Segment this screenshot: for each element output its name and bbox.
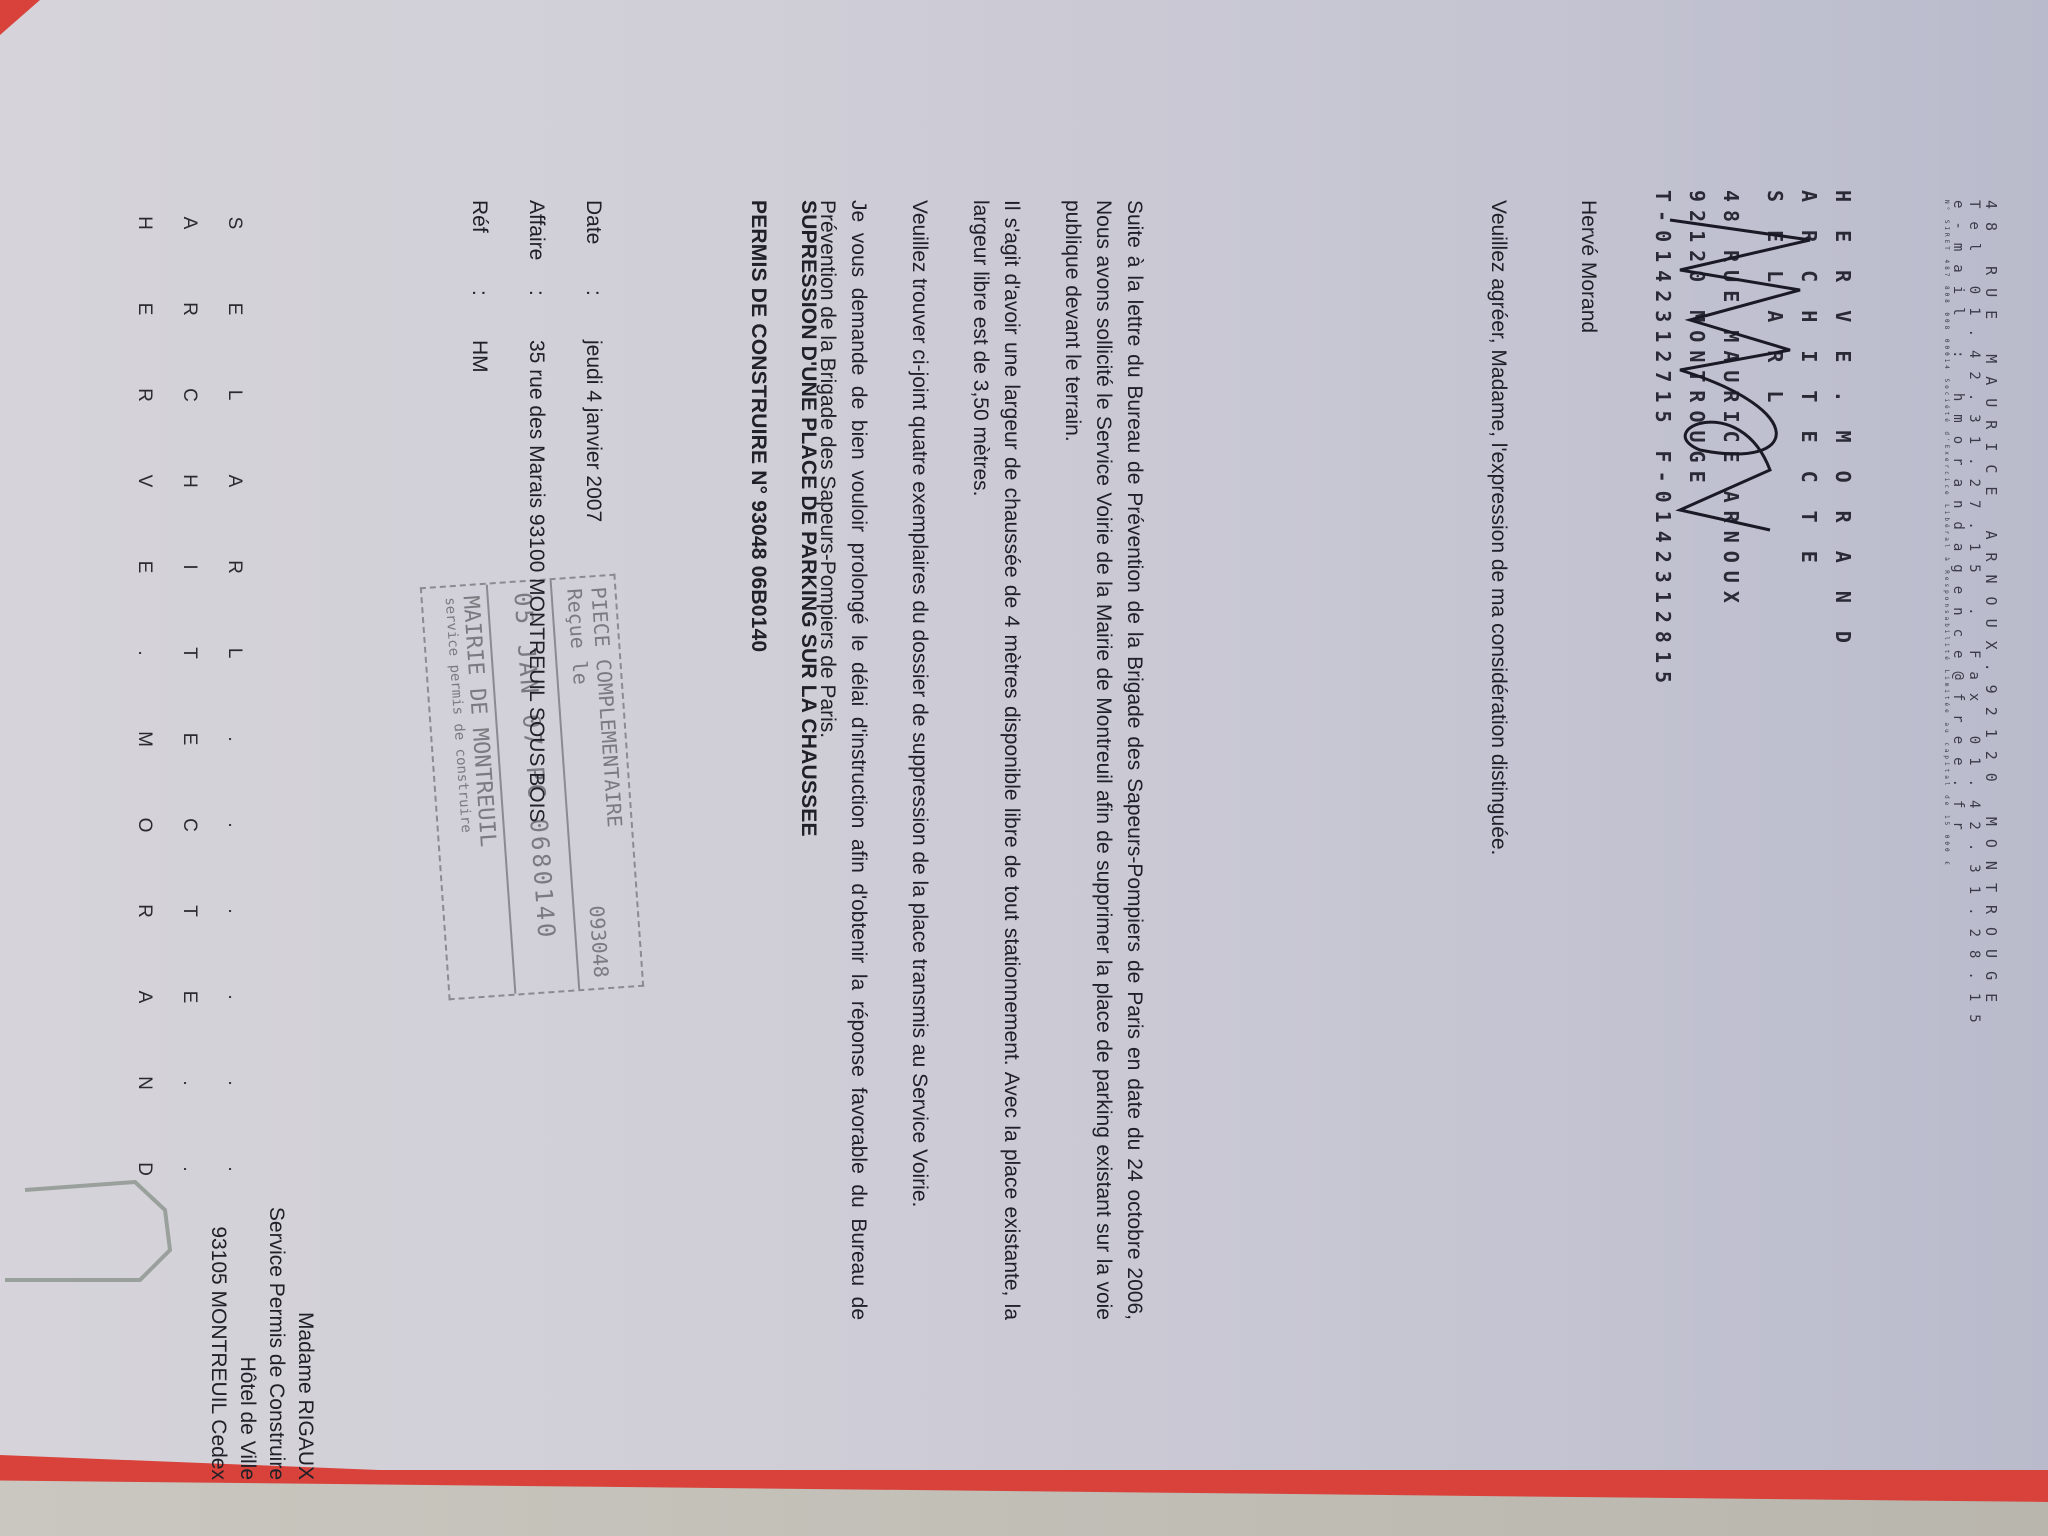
letterhead-letter: A (223, 438, 245, 524)
body-paragraph: Suite à la lettre du Bureau de Préventio… (1057, 200, 1150, 1320)
letterhead-letter: R (178, 266, 200, 352)
letterhead-letter: L (223, 352, 245, 438)
footer-legal: N° SIRET 487 808 008 00014 Société d'Exe… (1943, 200, 1950, 1500)
letterhead-letter: I (178, 524, 200, 610)
subject-line-1: PERMIS DE CONSTRUIRE N° 93048 06B0140 (746, 200, 770, 652)
recipient-name: Madame RIGAUX (291, 1120, 320, 1480)
letterhead-letter: . (223, 782, 245, 868)
body-paragraph: Je vous demande de bien vouloir prolongé… (812, 200, 874, 1320)
letterhead-letter: C (178, 352, 200, 438)
meta-row: Date:jeudi 4 janvier 2007 (581, 200, 605, 822)
meta-colon: : (467, 290, 491, 340)
letterhead-letter: . (223, 696, 245, 782)
meta-value: HM (468, 340, 491, 373)
letterhead-letter: R (133, 352, 155, 438)
letterhead-line-2: ARCHITECTE.. (178, 180, 200, 1212)
signer-name: Hervé Morand (1576, 200, 1600, 333)
letterhead-letter: R (133, 868, 155, 954)
letterhead-letter: . (223, 1040, 245, 1126)
letterhead-letter: N (133, 1040, 155, 1126)
footer-email: e-mail : hmorandagence@free.fr (1950, 200, 1966, 1500)
letterhead-letter: E (223, 266, 245, 352)
meta-value: jeudi 4 janvier 2007 (582, 340, 605, 522)
letterhead-letter: H (178, 438, 200, 524)
letterhead-letter: L (223, 610, 245, 696)
footer-phones: Tel 01.42.31.27.15 . Fax 01.42.31.28.15 (1966, 200, 1982, 1500)
recipient-building: Hôtel de Ville (233, 1120, 262, 1480)
letterhead-letter: E (178, 954, 200, 1040)
letterhead-line-3: SELARL...... (223, 180, 245, 1212)
letterhead-letter: . (133, 610, 155, 696)
letterhead-letter: . (178, 1040, 200, 1126)
letter-body: Suite à la lettre du Bureau de Préventio… (782, 200, 1150, 1320)
footer-address: 48 RUE MAURICE ARNOUX.92120 MONTROUGE (1982, 200, 2000, 1500)
paper-clip (0, 1180, 210, 1290)
letterhead-letter: E (133, 524, 155, 610)
letterhead-letter: O (133, 782, 155, 868)
letterhead-letter: H (133, 180, 155, 266)
letterhead-letter: M (133, 696, 155, 782)
stamp-code: 093048 (584, 905, 613, 979)
letterhead-letter: A (133, 954, 155, 1040)
closing-formula: Veuillez agréer, Madame, l'expression de… (1486, 200, 1510, 855)
letterhead-letter: E (133, 266, 155, 352)
recipient-city: 93105 MONTREUIL Cedex (204, 1120, 233, 1480)
letterhead-letter: . (223, 954, 245, 1040)
letterhead-line-1: HERVE.MORAND (133, 180, 155, 1212)
letter-footer: 48 RUE MAURICE ARNOUX.92120 MONTROUGE Te… (1943, 200, 2000, 1500)
letterhead-letter: R (223, 524, 245, 610)
company-stamp-line-1: H E R V E . M O R A N D (1826, 190, 1860, 691)
recipient-block: Madame RIGAUX Service Permis de Construi… (204, 1120, 320, 1480)
meta-value: 35 rue des Marais 93100 MONTREUIL SOUS B… (525, 340, 548, 822)
letterhead-letter: T (178, 868, 200, 954)
letterhead-letter: E (178, 696, 200, 782)
letterhead-letter: C (178, 782, 200, 868)
handwritten-signature (1630, 210, 1830, 630)
meta-label: Date (581, 200, 605, 290)
meta-colon: : (581, 290, 605, 340)
body-paragraph: Veuillez trouver ci-joint quatre exempla… (904, 200, 935, 1320)
letterhead-letter: A (178, 180, 200, 266)
letterhead-letter: V (133, 438, 155, 524)
meta-row: Réf:HM (467, 200, 491, 822)
letterhead-letter: T (178, 610, 200, 696)
meta-label: Réf (467, 200, 491, 290)
letterhead-letter: S (223, 180, 245, 266)
meta-row: Affaire:35 rue des Marais 93100 MONTREUI… (524, 200, 548, 822)
letterhead-letter: . (223, 868, 245, 954)
meta-block: Date:jeudi 4 janvier 2007Affaire:35 rue … (434, 200, 605, 822)
recipient-service: Service Permis de Construire (262, 1120, 291, 1480)
meta-label: Affaire (524, 200, 548, 290)
body-paragraph: Il s'agit d'avoir une largeur de chaussé… (965, 200, 1027, 1320)
letter-sheet: HERVE.MORAND ARCHITECTE.. SELARL...... M… (110, 20, 2010, 1500)
meta-colon: : (524, 290, 548, 340)
